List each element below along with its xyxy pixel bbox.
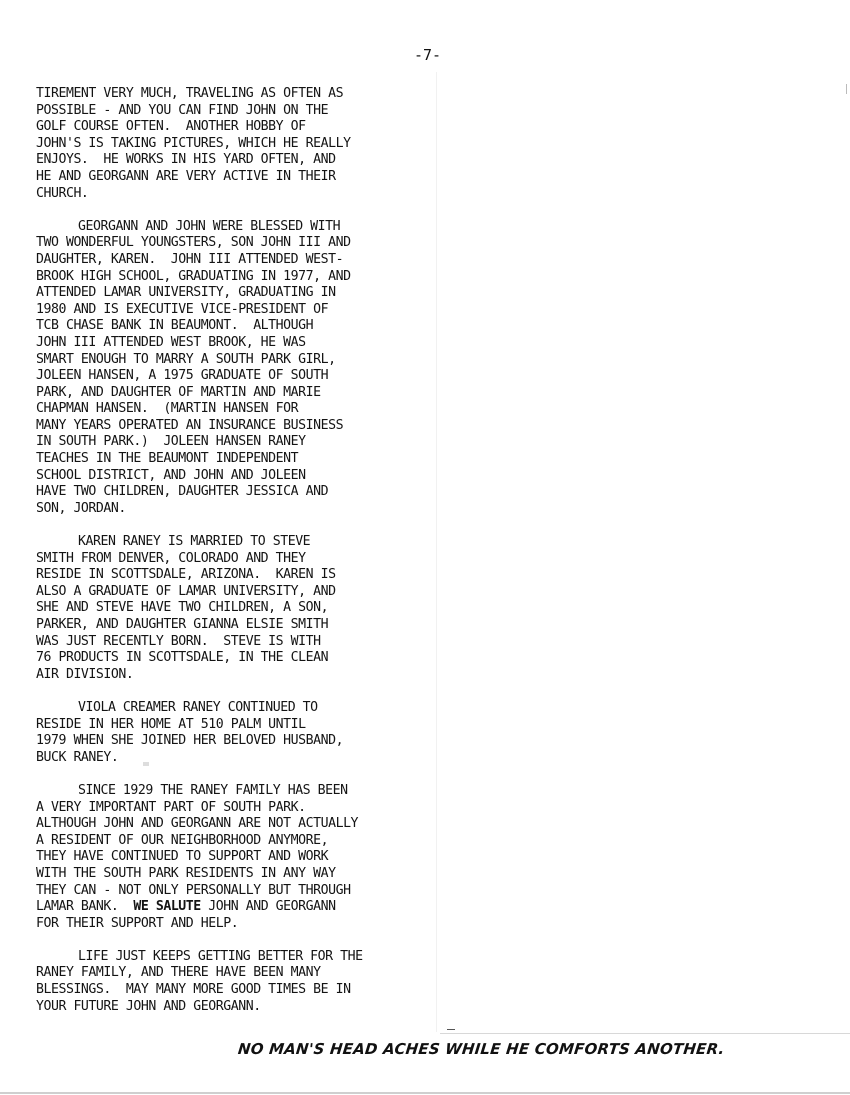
article-column: TIREMENT VERY MUCH, TRAVELING AS OFTEN A… xyxy=(36,86,436,1032)
paragraph-retirement: TIREMENT VERY MUCH, TRAVELING AS OFTEN A… xyxy=(36,86,436,202)
text-line: KAREN RANEY IS MARRIED TO STEVE xyxy=(36,534,436,551)
text-line: 1979 WHEN SHE JOINED HER BELOVED HUSBAND… xyxy=(36,733,436,750)
text-line: GOLF COURSE OFTEN. ANOTHER HOBBY OF xyxy=(36,119,436,136)
salute-before: LAMAR BANK. xyxy=(36,899,133,914)
salute-emphasis: WE SALUTE xyxy=(133,899,200,914)
text-line: SCHOOL DISTRICT, AND JOHN AND JOLEEN xyxy=(36,468,436,485)
text-line: BUCK RANEY. xyxy=(36,750,436,767)
text-line: HE AND GEORGANN ARE VERY ACTIVE IN THEIR xyxy=(36,169,436,186)
text-line: JOHN'S IS TAKING PICTURES, WHICH HE REAL… xyxy=(36,136,436,153)
paragraph-karen: KAREN RANEY IS MARRIED TO STEVESMITH FRO… xyxy=(36,534,436,683)
text-line: CHAPMAN HANSEN. (MARTIN HANSEN FOR xyxy=(36,401,436,418)
text-line: GEORGANN AND JOHN WERE BLESSED WITH xyxy=(36,219,436,236)
text-line: JOHN III ATTENDED WEST BROOK, HE WAS xyxy=(36,335,436,352)
text-line: SHE AND STEVE HAVE TWO CHILDREN, A SON, xyxy=(36,600,436,617)
paragraph-children: GEORGANN AND JOHN WERE BLESSED WITHTWO W… xyxy=(36,219,436,518)
text-line: 1980 AND IS EXECUTIVE VICE-PRESIDENT OF xyxy=(36,302,436,319)
text-line: RANEY FAMILY, AND THERE HAVE BEEN MANY xyxy=(36,965,436,982)
text-line: ENJOYS. HE WORKS IN HIS YARD OFTEN, AND xyxy=(36,152,436,169)
text-line: HAVE TWO CHILDREN, DAUGHTER JESSICA AND xyxy=(36,484,436,501)
text-line: IN SOUTH PARK.) JOLEEN HANSEN RANEY xyxy=(36,434,436,451)
text-line: THEY HAVE CONTINUED TO SUPPORT AND WORK xyxy=(36,849,436,866)
text-line: DAUGHTER, KAREN. JOHN III ATTENDED WEST- xyxy=(36,252,436,269)
text-line: PARK, AND DAUGHTER OF MARTIN AND MARIE xyxy=(36,385,436,402)
scan-speck xyxy=(143,762,149,766)
text-line: SMART ENOUGH TO MARRY A SOUTH PARK GIRL, xyxy=(36,352,436,369)
footer-rule xyxy=(440,1033,850,1034)
scan-speck xyxy=(846,84,847,94)
text-line: SON, JORDAN. xyxy=(36,501,436,518)
footer-mark xyxy=(447,1029,455,1030)
text-line: THEY CAN - NOT ONLY PERSONALLY BUT THROU… xyxy=(36,883,436,900)
text-line: TWO WONDERFUL YOUNGSTERS, SON JOHN III A… xyxy=(36,235,436,252)
text-line: SMITH FROM DENVER, COLORADO AND THEY xyxy=(36,551,436,568)
page-bottom-edge xyxy=(0,1092,850,1094)
text-line-salute: LAMAR BANK. WE SALUTE JOHN AND GEORGANN xyxy=(36,899,436,916)
text-line: YOUR FUTURE JOHN AND GEORGANN. xyxy=(36,999,436,1016)
text-line: RESIDE IN HER HOME AT 510 PALM UNTIL xyxy=(36,717,436,734)
text-line: ATTENDED LAMAR UNIVERSITY, GRADUATING IN xyxy=(36,285,436,302)
paragraph-viola: VIOLA CREAMER RANEY CONTINUED TORESIDE I… xyxy=(36,700,436,766)
text-line: POSSIBLE - AND YOU CAN FIND JOHN ON THE xyxy=(36,103,436,120)
text-line: WITH THE SOUTH PARK RESIDENTS IN ANY WAY xyxy=(36,866,436,883)
text-line: 76 PRODUCTS IN SCOTTSDALE, IN THE CLEAN xyxy=(36,650,436,667)
text-line: LIFE JUST KEEPS GETTING BETTER FOR THE xyxy=(36,949,436,966)
text-line: TIREMENT VERY MUCH, TRAVELING AS OFTEN A… xyxy=(36,86,436,103)
text-line: TCB CHASE BANK IN BEAUMONT. ALTHOUGH xyxy=(36,318,436,335)
text-line: CHURCH. xyxy=(36,186,436,203)
text-line: RESIDE IN SCOTTSDALE, ARIZONA. KAREN IS xyxy=(36,567,436,584)
salute-after: JOHN AND GEORGANN xyxy=(201,899,336,914)
text-line: JOLEEN HANSEN, A 1975 GRADUATE OF SOUTH xyxy=(36,368,436,385)
text-line: TEACHES IN THE BEAUMONT INDEPENDENT xyxy=(36,451,436,468)
text-line: MANY YEARS OPERATED AN INSURANCE BUSINES… xyxy=(36,418,436,435)
text-line: BROOK HIGH SCHOOL, GRADUATING IN 1977, A… xyxy=(36,269,436,286)
text-line: ALSO A GRADUATE OF LAMAR UNIVERSITY, AND xyxy=(36,584,436,601)
text-line: VIOLA CREAMER RANEY CONTINUED TO xyxy=(36,700,436,717)
paragraph-closing: LIFE JUST KEEPS GETTING BETTER FOR THERA… xyxy=(36,949,436,1015)
text-line: A RESIDENT OF OUR NEIGHBORHOOD ANYMORE, xyxy=(36,833,436,850)
text-line: FOR THEIR SUPPORT AND HELP. xyxy=(36,916,436,933)
paragraph-salute: SINCE 1929 THE RANEY FAMILY HAS BEENA VE… xyxy=(36,783,436,932)
page-number: -7- xyxy=(414,46,441,64)
text-line: ALTHOUGH JOHN AND GEORGANN ARE NOT ACTUA… xyxy=(36,816,436,833)
text-line: PARKER, AND DAUGHTER GIANNA ELSIE SMITH xyxy=(36,617,436,634)
footer-motto: NO MAN'S HEAD ACHES WHILE HE COMFORTS AN… xyxy=(237,1040,725,1058)
text-line: SINCE 1929 THE RANEY FAMILY HAS BEEN xyxy=(36,783,436,800)
text-line: A VERY IMPORTANT PART OF SOUTH PARK. xyxy=(36,800,436,817)
text-line: WAS JUST RECENTLY BORN. STEVE IS WITH xyxy=(36,634,436,651)
text-line: BLESSINGS. MAY MANY MORE GOOD TIMES BE I… xyxy=(36,982,436,999)
column-divider xyxy=(436,72,437,1032)
text-line: AIR DIVISION. xyxy=(36,667,436,684)
